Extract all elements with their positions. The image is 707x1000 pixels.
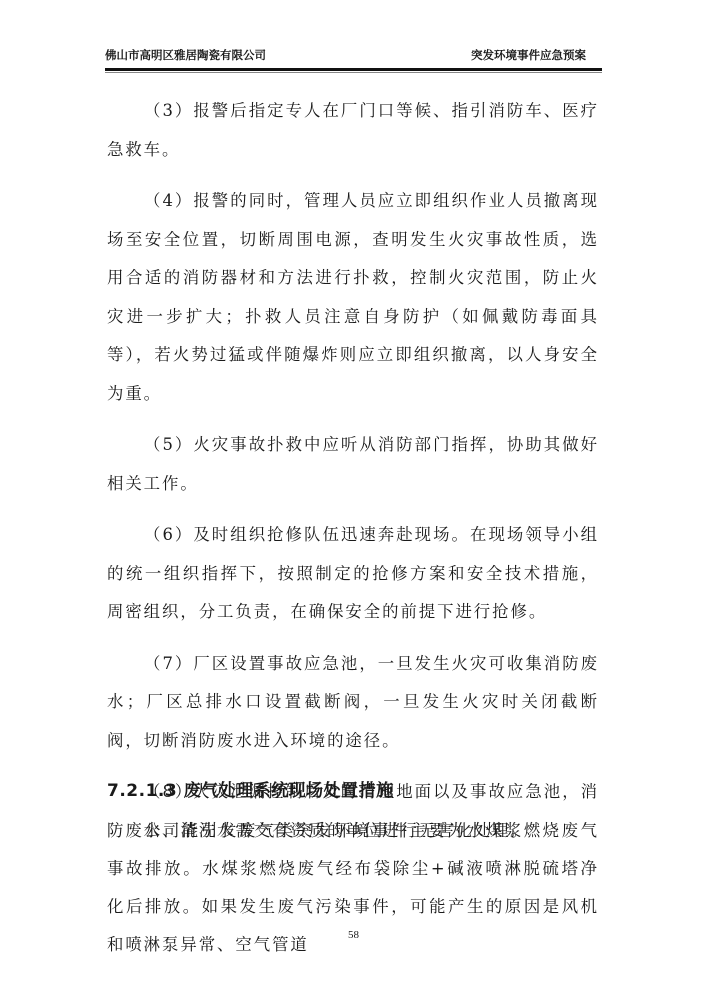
paragraph-item-5: （5）火灾事故扑救中应听从消防部门指挥，协助其做好相关工作。 (107, 426, 599, 503)
header-rule-thick (105, 68, 602, 71)
header-company-name: 佛山市高明区雅居陶瓷有限公司 (105, 47, 266, 63)
section-body: 公司能引发废气类突发环境事件主要为水煤浆燃烧废气事故排放。水煤浆燃烧废气经布袋除… (107, 812, 599, 964)
paragraph-item-3: （3）报警后指定专人在厂门口等候、指引消防车、医疗急救车。 (107, 92, 599, 169)
paragraph-item-6: （6）及时组织抢修队伍迅速奔赴现场。在现场领导小组的统一组织指挥下，按照制定的抢… (107, 516, 599, 632)
page-header: 佛山市高明区雅居陶瓷有限公司 突发环境事件应急预案 (105, 44, 602, 70)
section-heading: 7.2.1.3 废气处理系统现场处置措施 (107, 776, 394, 801)
paragraph-item-7: （7）厂区设置事故应急池，一旦发生火灾可收集消防废水；厂区总排水口设置截断阀，一… (107, 645, 599, 761)
header-rule-thin (105, 72, 602, 73)
paragraph-item-4: （4）报警的同时，管理人员应立即组织作业人员撤离现场至安全位置，切断周围电源，查… (107, 182, 599, 413)
section-paragraph: 公司能引发废气类突发环境事件主要为水煤浆燃烧废气事故排放。水煤浆燃烧废气经布袋除… (107, 812, 599, 964)
header-document-title: 突发环境事件应急预案 (471, 47, 586, 63)
page-number: 58 (0, 929, 707, 941)
page-body: （3）报警后指定专人在厂门口等候、指引消防车、医疗急救车。 （4）报警的同时，管… (107, 92, 599, 863)
